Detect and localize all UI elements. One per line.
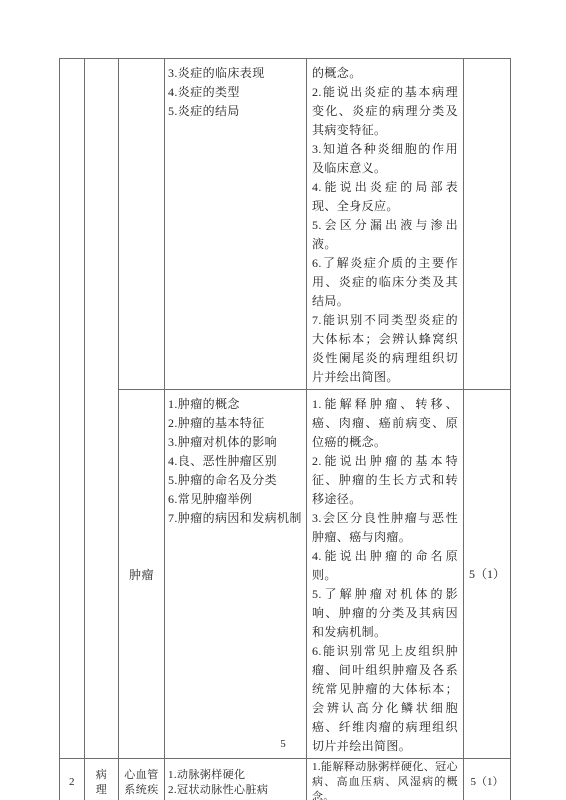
objective-item: 3.会区分良性肿瘤与恶性肿瘤、癌与肉瘤。 (312, 509, 458, 547)
seq-cell (60, 59, 85, 759)
hours-cell: 5（1） (464, 390, 511, 759)
table-row-inflammation: 3.炎症的临床表现 4.炎症的类型 5.炎症的结局 的概念。 2.能说出炎症的基… (60, 59, 511, 390)
content-item: 4.炎症的类型 (168, 83, 303, 102)
objective-item: 4.能说出炎症的局部表现、全身反应。 (312, 178, 458, 216)
objective-item: 4.能说出肿瘤的命名原则。 (312, 547, 458, 585)
content-item: 6.常见肿瘤举例 (168, 490, 303, 509)
content-item: 7.肿瘤的病因和发病机制 (168, 509, 303, 528)
content-item: 1.动脉粥样硬化 (168, 768, 303, 783)
objective-item: 5.会区分漏出液与渗出液。 (312, 216, 458, 254)
page-number: 5 (0, 738, 566, 750)
chapter-cell (119, 59, 165, 390)
objective-item: 6.了解炎症介质的主要作用、炎症的临床分类及其结局。 (312, 254, 458, 311)
content-item: 2.冠状动脉性心脏病 (168, 783, 303, 798)
objectives-cell: 的概念。 2.能说出炎症的基本病理变化、炎症的病理分类及其病变特征。 3.知道各… (307, 59, 464, 390)
chapter-cell: 肿瘤 (119, 390, 165, 759)
objective-item: 7.能识别不同类型炎症的大体标本；会辨认蜂窝织炎性阑尾炎的病理组织切片并绘出简图… (312, 311, 458, 387)
content-cell: 1.肿瘤的概念 2.肿瘤的基本特征 3.肿瘤对机体的影响 4.良、恶性肿瘤区别 … (165, 390, 307, 759)
objective-item: 的概念。 (312, 64, 458, 83)
hours-cell: 5（1） (464, 759, 511, 800)
objectives-cell: 1.能解释动脉粥样硬化、冠心病、高血压病、风湿病的概念。 (307, 759, 464, 800)
seq-cell: 2 (60, 759, 85, 800)
content-item: 1.肿瘤的概念 (168, 395, 303, 414)
content-item: 5.肿瘤的命名及分类 (168, 471, 303, 490)
content-item: 3.肿瘤对机体的影响 (168, 433, 303, 452)
objectives-cell: 1.能解释肿瘤、转移、癌、肉瘤、癌前病变、原位癌的概念。 2.能说出肿瘤的基本特… (307, 390, 464, 759)
content-item: 5.炎症的结局 (168, 102, 303, 121)
objective-item: 2.能说出炎症的基本病理变化、炎症的病理分类及其病变特征。 (312, 83, 458, 140)
objective-item: 2.能说出肿瘤的基本特征、肿瘤的生长方式和转移途径。 (312, 452, 458, 509)
table-row-tumor: 肿瘤 1.肿瘤的概念 2.肿瘤的基本特征 3.肿瘤对机体的影响 4.良、恶性肿瘤… (60, 390, 511, 759)
objective-item: 5.了解肿瘤对机体的影响、肿瘤的分类及其病因和发病机制。 (312, 585, 458, 642)
content-cell: 1.动脉粥样硬化 2.冠状动脉性心脏病 (165, 759, 307, 800)
objective-item: 1.能解释动脉粥样硬化、冠心病、高血压病、风湿病的概念。 (312, 760, 458, 800)
content-item: 4.良、恶性肿瘤区别 (168, 452, 303, 471)
hours-cell (464, 59, 511, 390)
chapter-cell: 心血管 系统疾 (119, 759, 165, 800)
content-item: 2.肿瘤的基本特征 (168, 414, 303, 433)
table-row-cardiovascular: 2 病 理 心血管 系统疾 1.动脉粥样硬化 2.冠状动脉性心脏病 1.能解释动… (60, 759, 511, 800)
objective-item: 1.能解释肿瘤、转移、癌、肉瘤、癌前病变、原位癌的概念。 (312, 395, 458, 452)
course-cell (85, 59, 119, 759)
document-page: 3.炎症的临床表现 4.炎症的类型 5.炎症的结局 的概念。 2.能说出炎症的基… (0, 0, 566, 800)
course-cell: 病 理 (85, 759, 119, 800)
objective-item: 3.知道各种炎细胞的作用及临床意义。 (312, 140, 458, 178)
content-item: 3.炎症的临床表现 (168, 64, 303, 83)
content-cell: 3.炎症的临床表现 4.炎症的类型 5.炎症的结局 (165, 59, 307, 390)
syllabus-table: 3.炎症的临床表现 4.炎症的类型 5.炎症的结局 的概念。 2.能说出炎症的基… (59, 58, 511, 800)
